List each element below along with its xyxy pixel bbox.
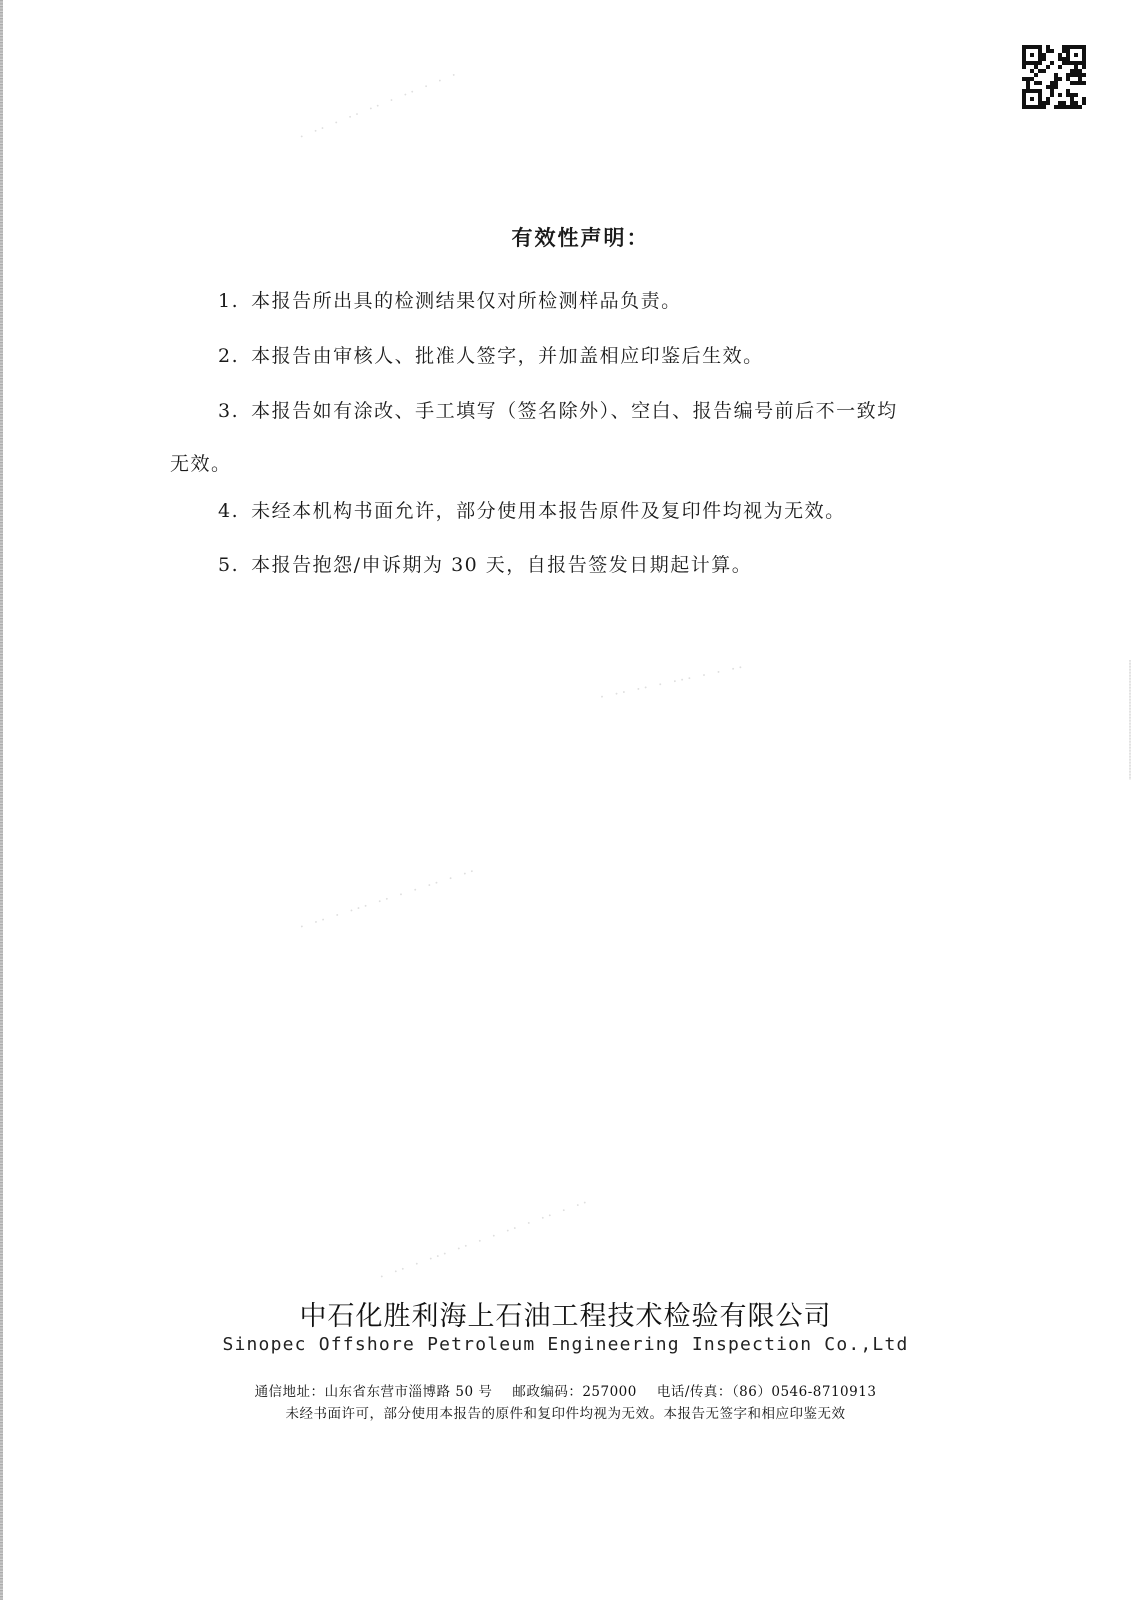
item-text: 本报告所出具的检测结果仅对所检测样品负责。 <box>251 290 682 312</box>
item-number: 3. <box>218 400 239 422</box>
item-text: 未经本机构书面允许，部分使用本报告原件及复印件均视为无效。 <box>251 500 846 522</box>
contact-line: 通信地址：山东省东营市淄博路 50 号邮政编码：257000电话/传真：（86）… <box>0 1380 1131 1400</box>
watermark-trace: · ·· · ··· ·· · · ·· · ·· <box>298 863 480 936</box>
statement-item-4: 4.未经本机构书面允许，部分使用本报告原件及复印件均视为无效。 <box>218 486 846 536</box>
phone-label: 电话/传真： <box>657 1384 732 1400</box>
postcode-label: 邮政编码： <box>512 1384 582 1400</box>
item-text: 本报告抱怨/申诉期为 30 天，自报告签发日期起计算。 <box>251 554 752 576</box>
item-text: 本报告由审核人、批准人签字，并加盖相应印鉴后生效。 <box>251 345 764 367</box>
item-number: 2. <box>218 345 239 367</box>
watermark-trace: · ·· · ··· ·· · · ·· · ·· · ·· <box>377 1194 593 1285</box>
address-label: 通信地址： <box>255 1384 325 1400</box>
item-number: 1. <box>218 290 239 312</box>
qr-code-icon <box>1022 45 1086 109</box>
statement-item-3-continuation: 无效。 <box>170 449 232 476</box>
statement-item-5: 5.本报告抱怨/申诉期为 30 天，自报告签发日期起计算。 <box>218 540 752 590</box>
company-name-chinese: 中石化胜利海上石油工程技术检验有限公司 <box>0 1294 1131 1333</box>
statement-item-3: 3.本报告如有涂改、手工填写（签名除外）、空白、报告编号前后不一致均 <box>218 386 898 436</box>
address-value: 山东省东营市淄博路 50 号 <box>325 1384 493 1400</box>
phone-value: （86）0546-8710913 <box>732 1384 876 1400</box>
page-title: 有效性声明： <box>0 222 1131 252</box>
item-text: 本报告如有涂改、手工填写（签名除外）、空白、报告编号前后不一致均 <box>251 400 898 422</box>
statement-item-2: 2.本报告由审核人、批准人签字，并加盖相应印鉴后生效。 <box>218 331 764 381</box>
watermark-trace: · ·· ·· · ··· · · ·· <box>598 659 747 706</box>
postcode-value: 257000 <box>582 1384 637 1400</box>
item-number: 4. <box>218 500 239 522</box>
company-name-english: Sinopec Offshore Petroleum Engineering I… <box>0 1334 1131 1355</box>
footer-notice: 未经书面许可，部分使用本报告的原件和复印件均视为无效。本报告无签字和相应印鉴无效 <box>0 1402 1131 1422</box>
item-number: 5. <box>218 554 239 576</box>
statement-item-1: 1.本报告所出具的检测结果仅对所检测样品负责。 <box>218 276 682 326</box>
watermark-trace: · ·· · ·· ·· · ·· · · · <box>297 66 462 145</box>
